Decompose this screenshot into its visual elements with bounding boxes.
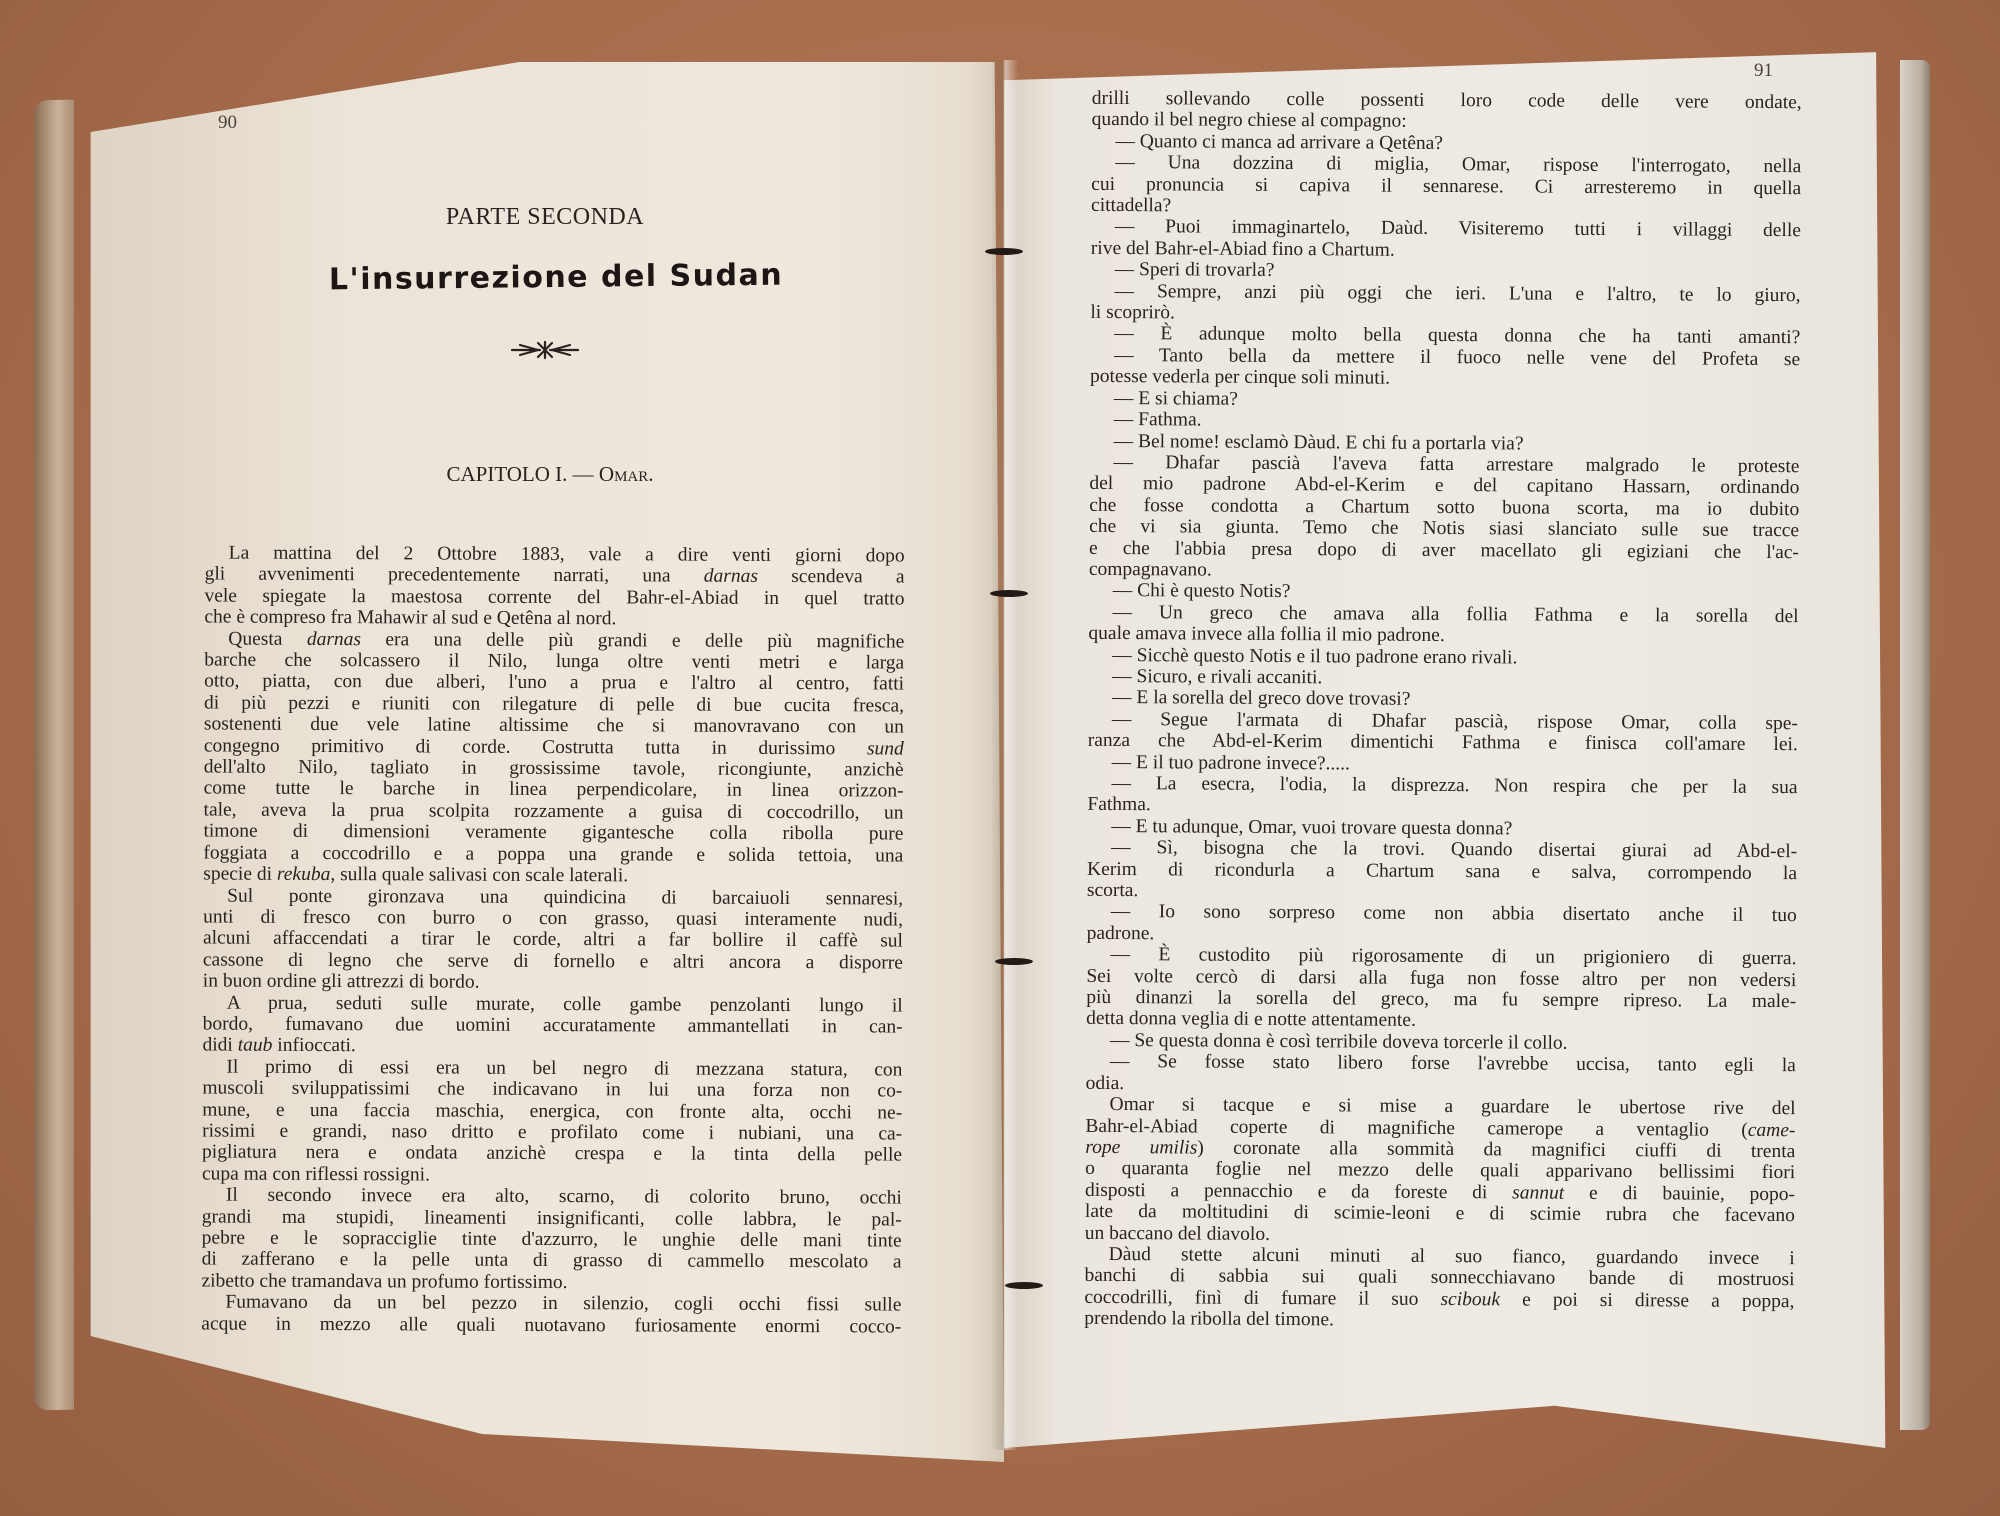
binding-stitch	[990, 590, 1028, 597]
text-line: di più pezzi e riuniti con rilegature di…	[204, 692, 904, 716]
text-line: zibetto che tramandava un profumo fortis…	[201, 1270, 901, 1294]
text-line: Fumavano da un bel pezzo in silenzio, co…	[201, 1292, 901, 1316]
text-line: prendendo la ribolla del timone.	[1084, 1308, 1794, 1334]
text-line: mune, e una faccia maschia, energica, co…	[202, 1099, 902, 1123]
page-number-right: 91	[1754, 60, 1773, 82]
text-line: Questa darnas era una delle più grandi e…	[204, 628, 904, 652]
right-page-body-text: drilli sollevando colle possenti loro co…	[1084, 88, 1802, 1334]
text-line: didi taub infioccati.	[202, 1035, 902, 1059]
text-line: A prua, seduti sulle murate, colle gambe…	[203, 992, 903, 1016]
text-line: Il primo di essi era un bel negro di mez…	[202, 1056, 902, 1080]
text-line: unti di fresco con burro o con grasso, q…	[203, 906, 903, 930]
text-line: che è compreso fra Mahawir al sud e Qetê…	[204, 607, 904, 631]
text-line: sostenenti due vele latine altissime che…	[204, 714, 904, 738]
binding-stitch	[995, 958, 1033, 965]
text-line: cui pronuncia si capiva il sennarese. Ci…	[1091, 173, 1801, 199]
text-line: barche che solcassero il Nilo, lunga olt…	[204, 650, 904, 674]
text-line: cassone di legno che serve di fornello e…	[203, 949, 903, 973]
section-title: L'insurrezione del Sudan	[236, 257, 876, 299]
text-line: di zafferano e la pelle unta di grasso d…	[202, 1249, 902, 1273]
text-line: dell'alto Nilo, tagliato in grossissime …	[204, 757, 904, 781]
text-line: — Se fosse stato libero forse l'avrebbe …	[1086, 1051, 1796, 1077]
page-number-left: 90	[218, 112, 237, 134]
text-line: bordo, fumavano due uomini accuratamente…	[203, 1013, 903, 1037]
text-line: timone di dimensioni veramente gigantesc…	[203, 821, 903, 845]
text-line: Sul ponte gironzava una quindicina di ba…	[203, 885, 903, 909]
chapter-title-prefix: CAPITOLO I. —	[446, 462, 593, 486]
page-block-edge	[1900, 60, 1930, 1430]
text-line: pebre e le sopracciglie tinte d'azzurro,…	[202, 1227, 902, 1251]
text-line: grandi ma stupidi, lineamenti insignific…	[202, 1206, 902, 1230]
text-line: Kerim di ricondurla a Chartum sana e sal…	[1087, 858, 1797, 884]
text-line: come tutte le barche in linea perpendico…	[204, 778, 904, 802]
text-line: cupa ma con riflessi rossigni.	[202, 1163, 902, 1187]
text-line: specie di rekuba, sulla quale salivasi c…	[203, 864, 903, 888]
binding-stitch	[985, 248, 1023, 255]
chapter-title: CAPITOLO I. — Omar.	[330, 462, 770, 487]
text-line: alcuni affaccendati a tirar le corde, al…	[203, 928, 903, 952]
left-page-body-text: La mattina del 2 Ottobre 1883, vale a di…	[201, 542, 904, 1337]
text-line: in buon ordine gli attrezzi di bordo.	[203, 971, 903, 995]
text-line: muscoli sviluppatissimi che indicavano i…	[202, 1078, 902, 1102]
text-line: vele spiegate la maestosa corrente del B…	[204, 585, 904, 609]
book-cover-edge	[34, 100, 74, 1411]
open-book: 90 91 PARTE SECONDA L'insurrezione del S…	[0, 0, 2000, 1516]
text-line: foggiata a coccodrillo e a poppa una gra…	[203, 842, 903, 866]
text-line: rissimi e grandi, naso dritto e profilat…	[202, 1120, 902, 1144]
text-line: tale, aveva la prua scolpita rozzamente …	[204, 799, 904, 823]
text-line: congegno primitivo di corde. Costrutta t…	[204, 735, 904, 759]
text-line: — Io sono sorpreso come non abbia disert…	[1087, 901, 1797, 927]
book-gutter	[990, 60, 1018, 1450]
text-line: gli avvenimenti precedentemente narrati,…	[205, 564, 905, 588]
text-line: acque in mezzo alle quali nuotavano furi…	[201, 1313, 901, 1337]
text-line: La mattina del 2 Ottobre 1883, vale a di…	[205, 542, 905, 566]
binding-stitch	[1005, 1282, 1043, 1289]
asterism-ornament-icon	[510, 340, 580, 360]
part-title: PARTE SECONDA	[425, 204, 665, 231]
text-line: — Sempre, anzi più oggi che ieri. L'una …	[1090, 280, 1800, 306]
text-line: pigliatura nera e ondata anzichè crespa …	[202, 1142, 902, 1166]
text-line: otto, piatta, con due alberi, l'uno a pr…	[204, 671, 904, 695]
text-line: Il secondo invece era alto, scarno, di c…	[202, 1185, 902, 1209]
chapter-title-name: Omar.	[599, 462, 654, 486]
